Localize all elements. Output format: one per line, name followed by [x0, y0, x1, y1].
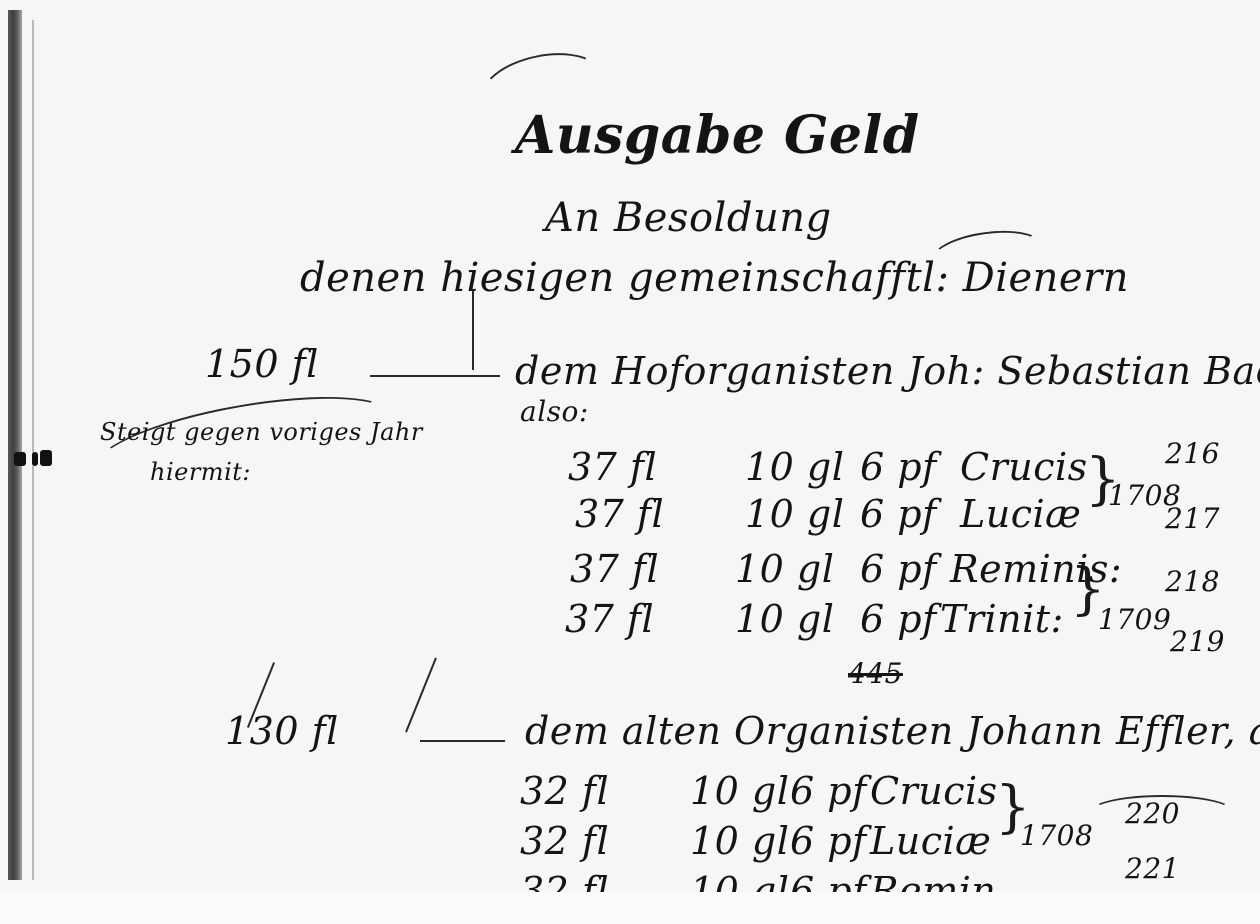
page-title: Ausgabe Geld: [515, 110, 920, 162]
manuscript-page: Ausgabe Geld An Besoldung denen hiesigen…: [0, 0, 1260, 892]
installment-florin: 32 fl: [520, 822, 609, 860]
installment-pfennig: 6 pf: [860, 550, 937, 588]
entry-1-leader-dash: [370, 375, 500, 377]
entry-1-amount: 150 fl: [205, 345, 319, 383]
installment-term: Crucis: [960, 448, 1088, 486]
entry-2-amount: 130 fl: [225, 712, 339, 750]
scan-bottom-margin: [0, 892, 1260, 924]
entry-2-description: dem alten Organisten Johann Effler, also…: [525, 712, 1260, 750]
installment-pfennig: 6 pf: [790, 822, 867, 860]
entry-2-tick-mark: [405, 658, 437, 733]
installment-groschen: 10 gl: [690, 822, 789, 860]
installment-florin: 37 fl: [568, 448, 657, 486]
installment-florin: 37 fl: [565, 600, 654, 638]
installment-pfennig: 6 pf: [790, 772, 867, 810]
ref-flourish: [1090, 795, 1234, 829]
entry-1-description: dem Hoforganisten Joh: Sebastian Bachen: [515, 352, 1260, 390]
installment-florin: 37 fl: [575, 495, 664, 533]
installment-pfennig: 6 pf: [860, 448, 937, 486]
heading-line-2: An Besoldung: [545, 198, 832, 238]
installment-groschen: 10 gl: [735, 550, 834, 588]
installment-ref-number: 221: [1125, 855, 1180, 883]
entry-1-year-group-2: 1709: [1098, 606, 1171, 634]
installment-ref-number: 216: [1165, 440, 1220, 468]
installment-term: Trinit:: [940, 600, 1064, 638]
margin-line: [32, 20, 34, 880]
margin-note-line-2: hiermit:: [150, 460, 251, 484]
entry-2-year-group-1: 1708: [1020, 822, 1093, 850]
installment-groschen: 10 gl: [735, 600, 834, 638]
installment-groschen: 10 gl: [690, 772, 789, 810]
heading-guide-line: [472, 290, 474, 370]
entry-2-leader-dash: [420, 740, 505, 742]
entry-1-also-label: also:: [520, 398, 589, 426]
installment-groschen: 10 gl: [745, 448, 844, 486]
installment-pfennig: 6 pf: [860, 495, 937, 533]
entry-1-struck-note: 445: [848, 660, 903, 688]
installment-ref-number: 219: [1170, 628, 1225, 656]
installment-florin: 37 fl: [570, 550, 659, 588]
installment-term: Crucis: [870, 772, 998, 810]
installment-groschen: 10 gl: [745, 495, 844, 533]
installment-term: Luciæ: [960, 495, 1081, 533]
installment-florin: 32 fl: [520, 772, 609, 810]
installment-pfennig: 6 pf: [860, 600, 937, 638]
margin-note-line-1: Steigt gegen voriges Jahr: [100, 420, 423, 444]
page-binding-edge: [8, 10, 22, 880]
installment-term: Luciæ: [870, 822, 991, 860]
entry-1-year-group-1: 1708: [1108, 482, 1181, 510]
binding-ink-mark: [14, 452, 52, 468]
installment-ref-number: 218: [1165, 568, 1220, 596]
